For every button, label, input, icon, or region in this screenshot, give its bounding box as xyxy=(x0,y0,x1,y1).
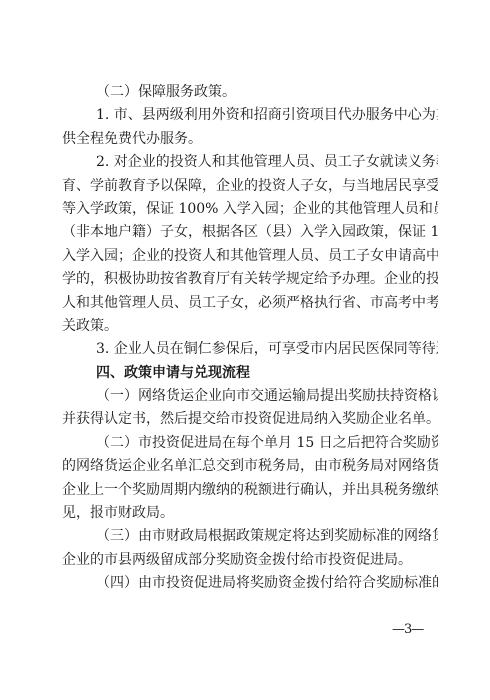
paragraph-item-2: 2. 对企业的投资人和其他管理人员、员工子女就读义务教 育、学前教育予以保障，企… xyxy=(62,151,438,338)
text-line: 3. 企业人员在铜仁参保后，可享受市内居民医保同等待遇。 xyxy=(62,338,438,361)
paragraph-step-3: （三）由市财政局根据政策规定将达到奖励标准的网络货运 企业的市县两级留成部分奖励… xyxy=(62,525,438,572)
text-line: （二）市投资促进局在每个单月 15 日之后把符合奖励资格 xyxy=(62,432,438,455)
paragraph-item-3: 3. 企业人员在铜仁参保后，可享受市内居民医保同等待遇。 xyxy=(62,338,438,361)
text-line: 企业的市县两级留成部分奖励资金拨付给市投资促进局。 xyxy=(62,549,438,572)
text-line: 关政策。 xyxy=(62,315,438,338)
paragraph-step-4: （四）由市投资促进局将奖励资金拨付给符合奖励标准的网 xyxy=(62,572,438,595)
text-line: 学的，积极协助按省教育厅有关转学规定给予办理。企业的投资 xyxy=(62,268,438,291)
subheading-support-services: （二）保障服务政策。 xyxy=(62,81,438,104)
page-number: —3— xyxy=(392,622,423,638)
paragraph-item-1: 1. 市、县两级利用外资和招商引资项目代办服务中心为其提 供全程免费代办服务。 xyxy=(62,104,438,151)
text-line: 2. 对企业的投资人和其他管理人员、员工子女就读义务教 xyxy=(62,151,438,174)
paragraph-step-2: （二）市投资促进局在每个单月 15 日之后把符合奖励资格 的网络货运企业名单汇总… xyxy=(62,432,438,526)
text-line: 供全程免费代办服务。 xyxy=(62,128,438,151)
document-page: （二）保障服务政策。 1. 市、县两级利用外资和招商引资项目代办服务中心为其提 … xyxy=(0,0,490,700)
text-line: 的网络货运企业名单汇总交到市税务局，由市税务局对网络货运 xyxy=(62,455,438,478)
text-line: （一）网络货运企业向市交通运输局提出奖励扶持资格认定 xyxy=(62,385,438,408)
text-line: （非本地户籍）子女，根据各区（县）入学入园政策，保证 100% xyxy=(62,221,438,244)
text-line: 人和其他管理人员、员工子女，必须严格执行省、市高考中考相 xyxy=(62,292,438,315)
text-line: （二）保障服务政策。 xyxy=(62,81,438,104)
text-line: 1. 市、县两级利用外资和招商引资项目代办服务中心为其提 xyxy=(62,104,438,127)
text-line: 并获得认定书，然后提交给市投资促进局纳入奖励企业名单。 xyxy=(62,408,438,431)
section-heading-application-process: 四、政策申请与兑现流程 xyxy=(62,362,438,385)
section-heading: 四、政策申请与兑现流程 xyxy=(62,362,438,385)
text-line: 育、学前教育予以保障，企业的投资人子女，与当地居民享受同 xyxy=(62,175,438,198)
text-line: 入学入园；企业的投资人和其他管理人员、员工子女申请高中转 xyxy=(62,245,438,268)
document-body: （二）保障服务政策。 1. 市、县两级利用外资和招商引资项目代办服务中心为其提 … xyxy=(62,81,438,596)
text-line: （四）由市投资促进局将奖励资金拨付给符合奖励标准的网 xyxy=(62,572,438,595)
text-line: 等入学政策，保证 100% 入学入园；企业的其他管理人员和员工 xyxy=(62,198,438,221)
text-line: 企业上一个奖励周期内缴纳的税额进行确认，并出具税务缴纳意 xyxy=(62,479,438,502)
paragraph-step-1: （一）网络货运企业向市交通运输局提出奖励扶持资格认定 并获得认定书，然后提交给市… xyxy=(62,385,438,432)
text-line: （三）由市财政局根据政策规定将达到奖励标准的网络货运 xyxy=(62,525,438,548)
text-line: 见，报市财政局。 xyxy=(62,502,438,525)
